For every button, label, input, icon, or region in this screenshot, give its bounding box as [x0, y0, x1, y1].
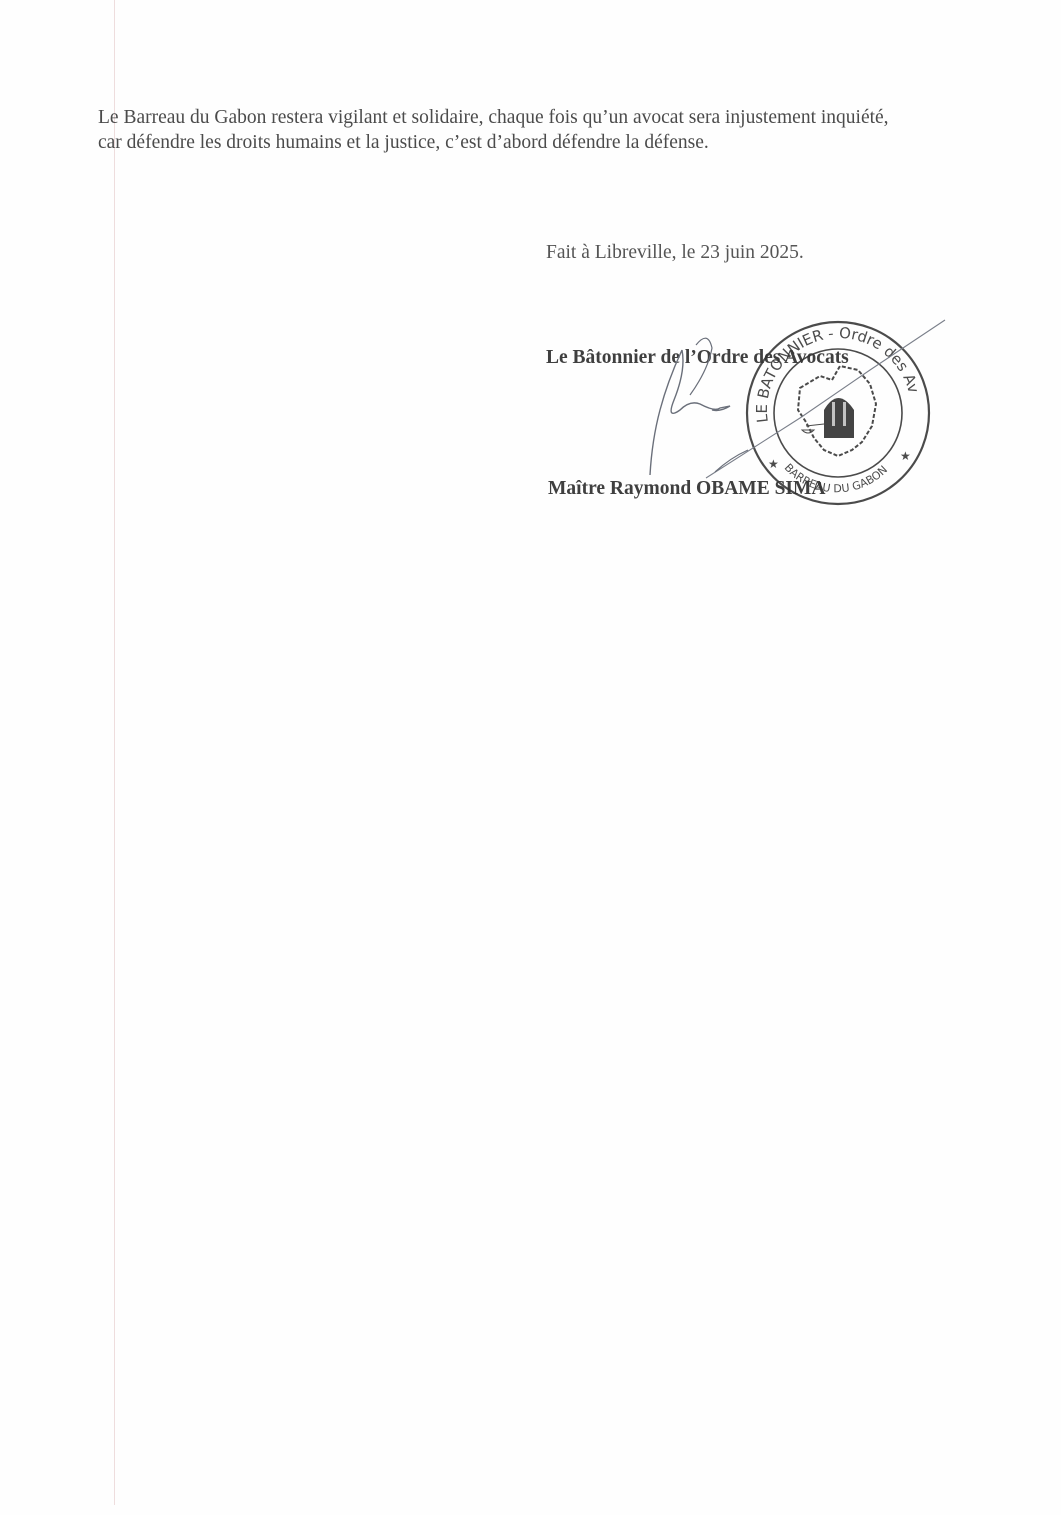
document-page: Le Barreau du Gabon restera vigilant et … — [0, 0, 1061, 1515]
margin-rule — [114, 0, 115, 1505]
paragraph-line-1: Le Barreau du Gabon restera vigilant et … — [98, 105, 998, 130]
place-and-date: Fait à Libreville, le 23 juin 2025. — [546, 242, 804, 264]
paragraph-line-2: car défendre les droits humains et la ju… — [98, 130, 998, 155]
closing-paragraph: Le Barreau du Gabon restera vigilant et … — [98, 105, 998, 155]
handwritten-signature-icon — [620, 300, 960, 490]
